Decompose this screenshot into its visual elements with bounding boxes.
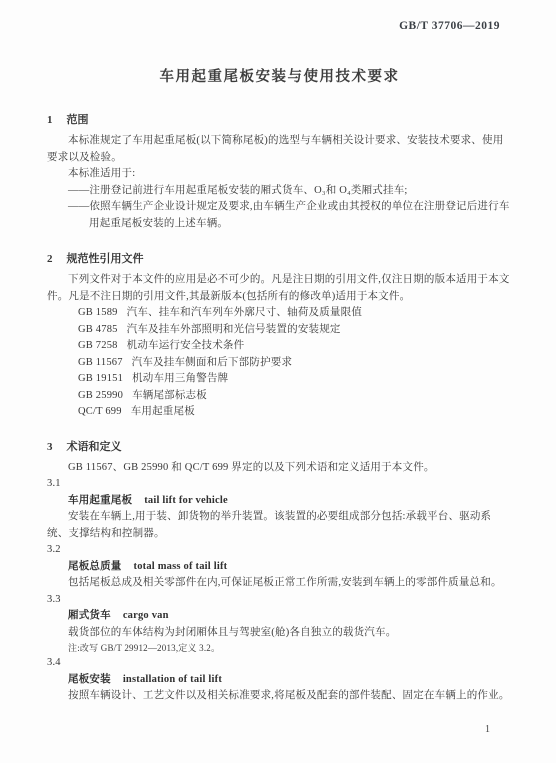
reference-item: GB 4785汽车及挂车外部照明和光信号装置的安装规定 [47,322,512,339]
reference-title: 汽车、挂车和汽车列车外廓尺寸、轴荷及质量限值 [127,307,362,318]
reference-title: 车辆尾部标志板 [132,390,207,401]
reference-title: 机动车运行安全技术条件 [127,340,245,351]
section-2-number: 2 [47,252,53,266]
term-zh: 尾板安装 [68,674,111,685]
reference-code: QC/T 699 [78,404,122,421]
reference-code: GB 11567 [78,355,123,372]
reference-item: GB 25990车辆尾部标志板 [47,388,512,405]
scope-paragraph-2: 本标准适用于: [47,166,512,183]
document-title: 车用起重尾板安装与使用技术要求 [47,65,512,86]
term-3-4: 3.4 尾板安装installation of tail lift 按照车辆设计… [47,655,512,705]
section-1-heading: 1范围 [47,113,512,127]
references-intro: 下列文件对于本文件的应用是必不可少的。凡是注日期的引用文件,仅注日期的版本适用于… [47,272,512,305]
term-heading: 尾板总质量total mass of tail lift [68,559,512,576]
term-zh: 厢式货车 [68,610,111,621]
page-number: 1 [485,724,490,735]
section-2-title: 规范性引用文件 [67,253,144,265]
term-definition: 安装在车辆上,用于装、卸货物的举升装置。该装置的必要组成部分包括:承载平台、驱动… [47,509,512,542]
term-3-1: 3.1 车用起重尾板tail lift for vehicle 安装在车辆上,用… [47,476,512,542]
term-number: 3.1 [47,476,512,493]
term-en: installation of tail lift [123,674,222,685]
standard-code: GB/T 37706—2019 [399,20,500,32]
section-2-heading: 2规范性引用文件 [47,252,512,266]
term-note: 注:改写 GB/T 29912—2013,定义 3.2。 [68,641,512,655]
terms-intro: GB 11567、GB 25990 和 QC/T 699 界定的以及下列术语和定… [47,460,512,477]
reference-title: 汽车及挂车侧面和后下部防护要求 [132,357,293,368]
term-definition: 包括尾板总成及相关零部件在内,可保证尾板正常工作所需,安装到车辆上的零部件质量总… [47,575,512,592]
term-number: 3.2 [47,542,512,559]
reference-title: 机动车用三角警告牌 [132,373,228,384]
reference-code: GB 7258 [78,338,118,355]
reference-code: GB 1589 [78,305,118,322]
standard-document-page: GB/T 37706—2019 车用起重尾板安装与使用技术要求 1范围 本标准规… [0,0,556,763]
section-3-title: 术语和定义 [67,441,122,453]
scope-list-item: ——依照车辆生产企业设计规定及要求,由车辆生产企业或由其授权的单位在注册登记后进… [47,199,512,232]
term-heading: 尾板安装installation of tail lift [68,672,512,689]
section-1-title: 范围 [67,114,89,126]
term-definition: 载货部位的车体结构为封闭厢体且与驾驶室(舱)各自独立的载货汽车。 [47,625,512,642]
reference-code: GB 4785 [78,322,118,339]
term-number: 3.4 [47,655,512,672]
section-3-number: 3 [47,440,53,454]
term-definition: 按照车辆设计、工艺文件以及相关标准要求,将尾板及配套的部件装配、固定在车辆上的作… [47,688,512,705]
section-3-heading: 3术语和定义 [47,440,512,454]
section-1-number: 1 [47,113,53,127]
term-en: tail lift for vehicle [144,495,228,506]
reference-code: GB 19151 [78,371,123,388]
scope-paragraph-1: 本标准规定了车用起重尾板(以下简称尾板)的选型与车辆相关设计要求、安装技术要求、… [47,133,512,166]
term-number: 3.3 [47,592,512,609]
reference-code: GB 25990 [78,388,123,405]
reference-item: GB 1589汽车、挂车和汽车列车外廓尺寸、轴荷及质量限值 [47,305,512,322]
term-zh: 车用起重尾板 [68,495,132,506]
reference-title: 汽车及挂车外部照明和光信号装置的安装规定 [127,324,341,335]
reference-item: GB 19151机动车用三角警告牌 [47,371,512,388]
term-heading: 车用起重尾板tail lift for vehicle [68,493,512,510]
term-en: cargo van [123,610,169,621]
reference-item: GB 7258机动车运行安全技术条件 [47,338,512,355]
reference-title: 车用起重尾板 [131,406,195,417]
term-3-2: 3.2 尾板总质量total mass of tail lift 包括尾板总成及… [47,542,512,592]
scope-list-item: ——注册登记前进行车用起重尾板安装的厢式货车、O₃和 O₄类厢式挂车; [47,183,512,200]
term-heading: 厢式货车cargo van [68,608,512,625]
reference-item: GB 11567汽车及挂车侧面和后下部防护要求 [47,355,512,372]
term-zh: 尾板总质量 [68,561,122,572]
term-3-3: 3.3 厢式货车cargo van 载货部位的车体结构为封闭厢体且与驾驶室(舱)… [47,592,512,656]
term-en: total mass of tail lift [134,561,228,572]
reference-item: QC/T 699车用起重尾板 [47,404,512,421]
